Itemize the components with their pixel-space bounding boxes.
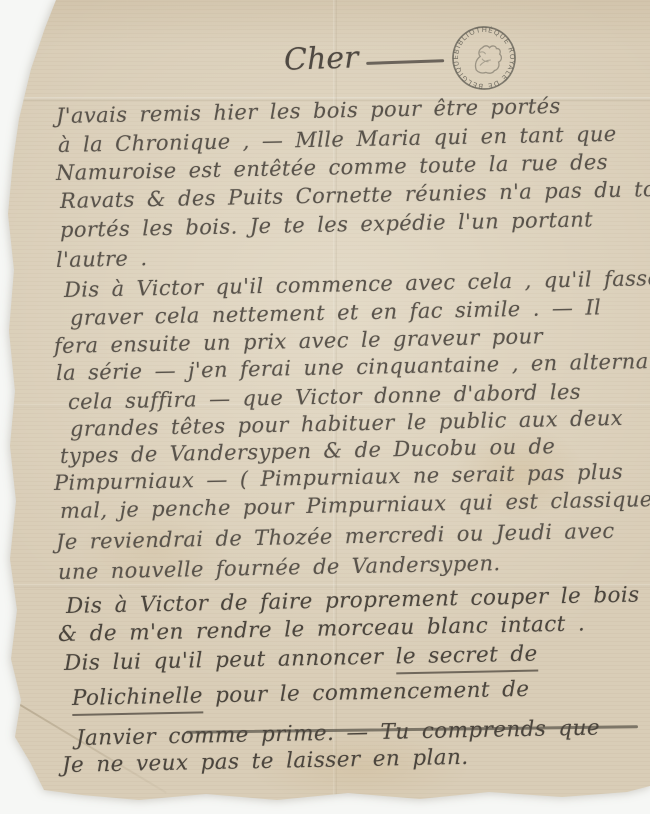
paper-edge-shading <box>0 0 650 46</box>
underlined-phrase: Polichinelle <box>72 683 203 716</box>
stamp-ring-text: BIBLIOTHÈQUE ROYALE DE BELGIQUE ★ <box>439 13 522 94</box>
salutation: Cher <box>283 37 444 78</box>
stamp-ring-text-holder: BIBLIOTHÈQUE ROYALE DE BELGIQUE ★ <box>439 13 522 94</box>
salutation-dash-stroke <box>367 59 445 65</box>
salutation-text: Cher <box>283 40 359 78</box>
belgian-lion-icon <box>474 44 502 76</box>
underlined-phrase: le secret de <box>395 641 538 674</box>
scanned-letter-page: BIBLIOTHÈQUE ROYALE DE BELGIQUE ★ Cher J… <box>0 0 650 814</box>
letter-line: l'autre . <box>56 246 148 272</box>
library-stamp: BIBLIOTHÈQUE ROYALE DE BELGIQUE ★ <box>439 13 529 103</box>
